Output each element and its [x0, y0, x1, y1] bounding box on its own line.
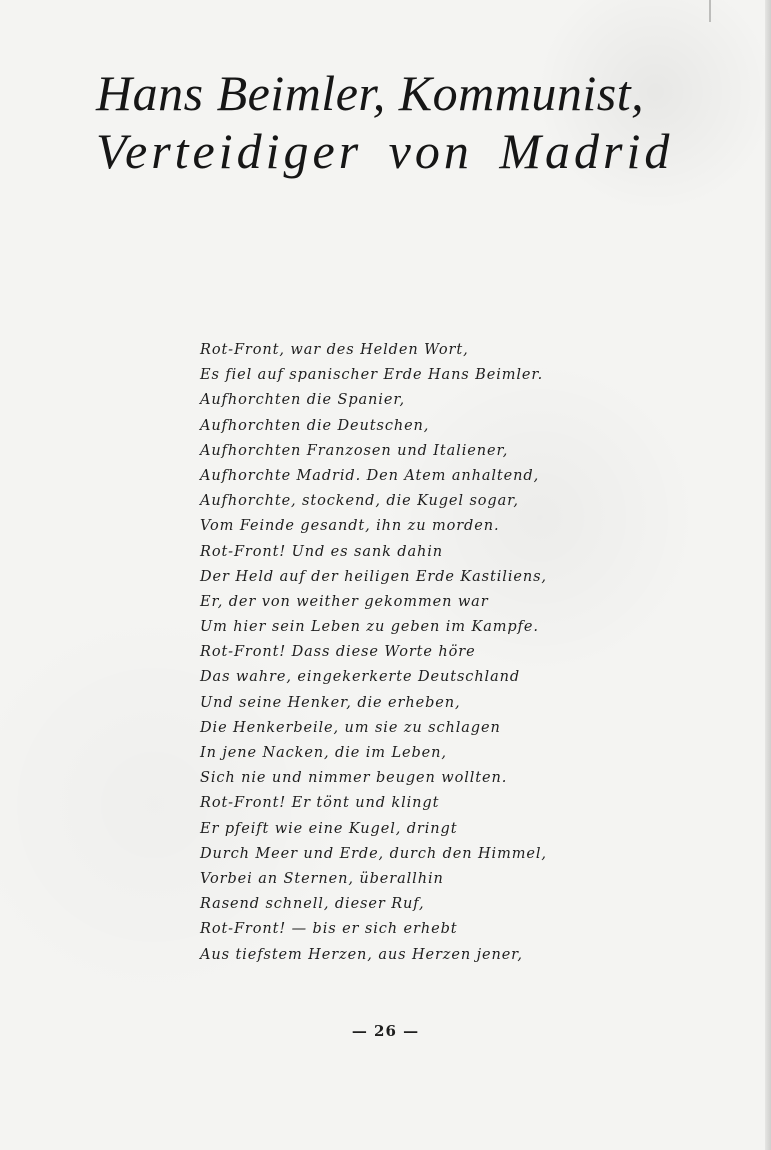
poem-line: Aufhorchten Franzosen und Italiener, [200, 439, 620, 464]
poem-line: Aufhorchten die Deutschen, [200, 414, 620, 439]
poem-line: Vorbei an Sternen, überallhin [200, 867, 620, 892]
poem-line: Aufhorchten die Spanier, [200, 388, 620, 413]
poem-line: Und seine Henker, die erheben, [200, 691, 620, 716]
poem-line: Rot-Front! Und es sank dahin [200, 540, 620, 565]
page-title: Hans Beimler, Kommunist, Verteidiger von… [96, 64, 716, 180]
poem-line: Rot-Front, war des Helden Wort, [200, 338, 620, 363]
poem-line: Das wahre, eingekerkerte Deutschland [200, 665, 620, 690]
poem-line: In jene Nacken, die im Leben, [200, 741, 620, 766]
poem-line: Aus tiefstem Herzen, aus Herzen jener, [200, 943, 620, 968]
poem-line: Aufhorchte, stockend, die Kugel sogar, [200, 489, 620, 514]
poem-line: Durch Meer und Erde, durch den Himmel, [200, 842, 620, 867]
poem-line: Rasend schnell, dieser Ruf, [200, 892, 620, 917]
poem-line: Sich nie und nimmer beugen wollten. [200, 766, 620, 791]
poem-line: Er, der von weither gekommen war [200, 590, 620, 615]
poem-line: Rot-Front! — bis er sich erhebt [200, 917, 620, 942]
poem-line: Um hier sein Leben zu geben im Kampfe. [200, 615, 620, 640]
poem-line: Vom Feinde gesandt, ihn zu morden. [200, 514, 620, 539]
scanned-page: Hans Beimler, Kommunist, Verteidiger von… [0, 0, 771, 1150]
page-edge-shadow [765, 0, 771, 1150]
poem-line: Der Held auf der heiligen Erde Kastilien… [200, 565, 620, 590]
scan-artifact [709, 0, 711, 22]
poem-line: Rot-Front! Er tönt und klingt [200, 791, 620, 816]
poem-line: Es fiel auf spanischer Erde Hans Beimler… [200, 363, 620, 388]
title-line-2: Verteidiger von Madrid [96, 122, 716, 180]
poem-line: Die Henkerbeile, um sie zu schlagen [200, 716, 620, 741]
poem-line: Aufhorchte Madrid. Den Atem anhaltend, [200, 464, 620, 489]
poem-body: Rot-Front, war des Helden Wort, Es fiel … [200, 338, 620, 968]
poem-line: Rot-Front! Dass diese Worte höre [200, 640, 620, 665]
title-line-1: Hans Beimler, Kommunist, [96, 64, 716, 122]
poem-line: Er pfeift wie eine Kugel, dringt [200, 817, 620, 842]
page-number: — 26 — [0, 1022, 771, 1040]
